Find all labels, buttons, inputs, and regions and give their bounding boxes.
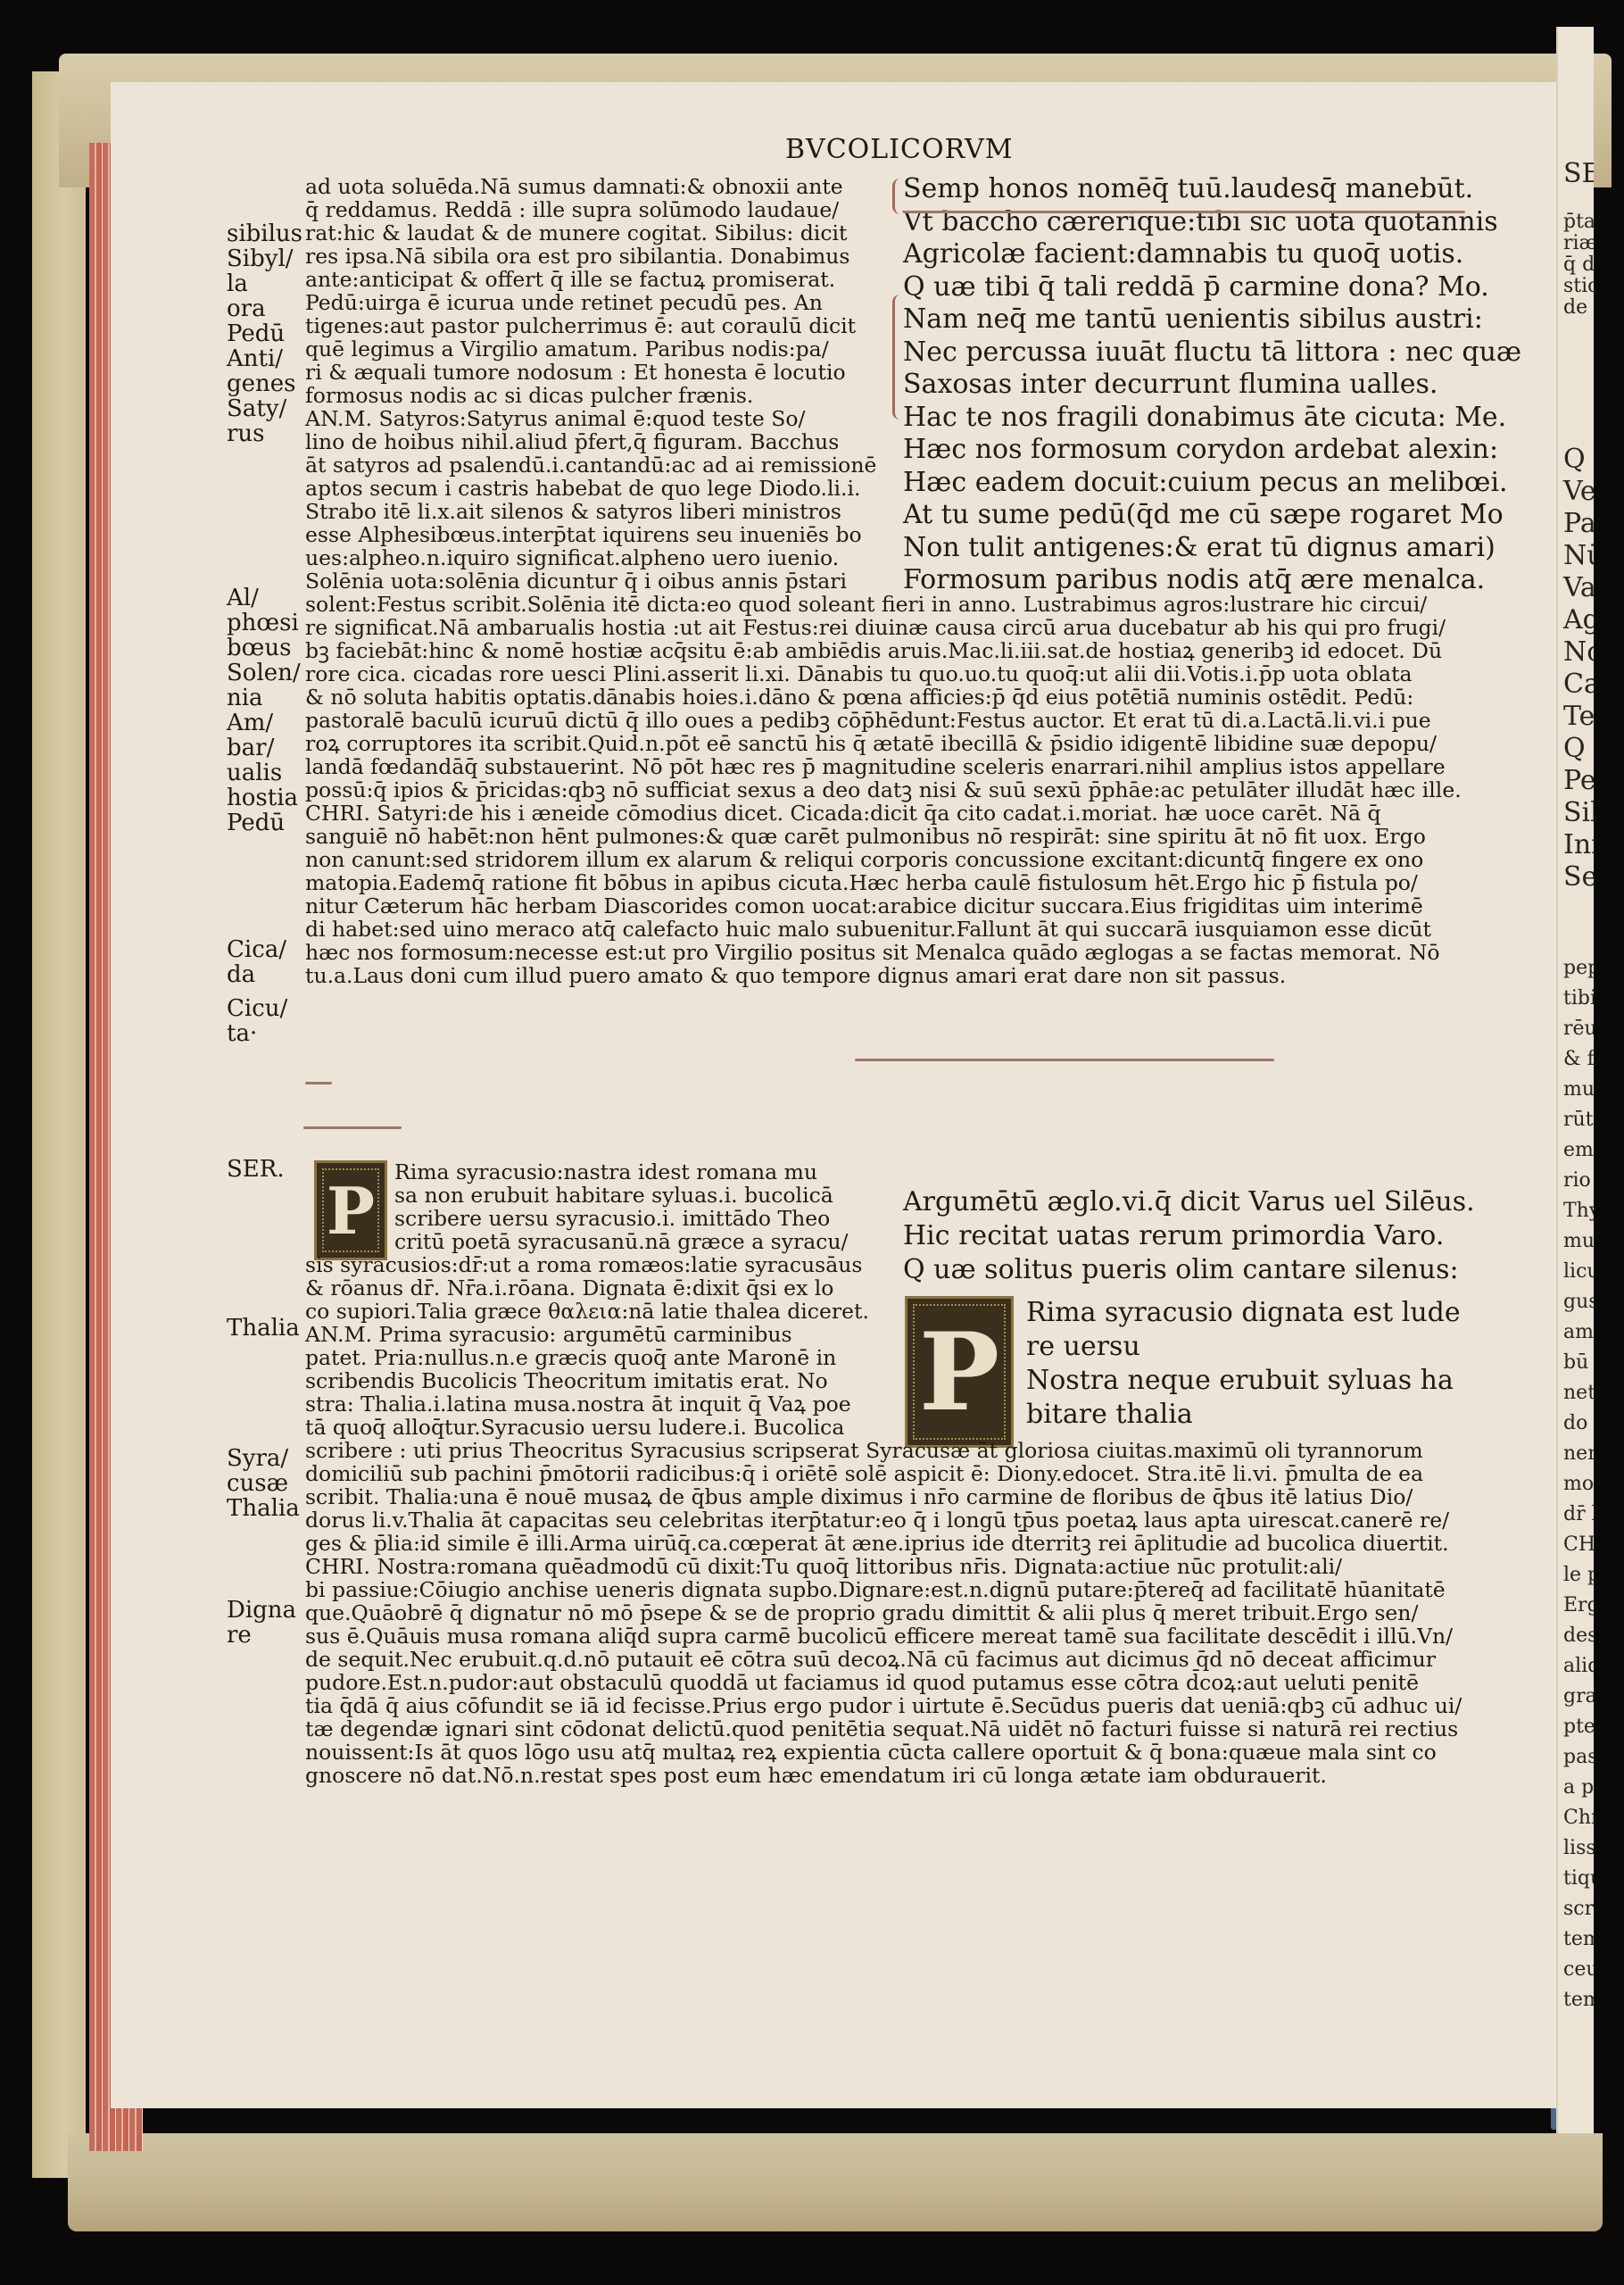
rubric-underline bbox=[903, 211, 1465, 213]
facing-page-text: tiquita bbox=[1563, 1869, 1594, 1889]
margin-notes-dignare: Dignare bbox=[227, 1598, 305, 1648]
margin-note: da bbox=[227, 962, 305, 987]
margin-notes-cicada: Cica/da bbox=[227, 937, 305, 987]
facing-page-text: Ve bbox=[1563, 478, 1594, 505]
margin-note: re bbox=[227, 1623, 305, 1648]
commentary-line: CHRI. Nostra:romana quēadmodū cū dixit:T… bbox=[305, 1555, 1474, 1578]
running-title: BVCOLICORVM bbox=[785, 134, 1013, 165]
facing-page-text: Agre bbox=[1563, 607, 1594, 634]
commentary-line: hæc nos formosum:necesse est:ut pro Virg… bbox=[305, 941, 1474, 964]
margin-note: sibilus bbox=[227, 221, 305, 246]
margin-note: Cica/ bbox=[227, 937, 305, 962]
verse-line: Rima syracusio dignata est lude bbox=[1026, 1296, 1490, 1330]
margin-note: Thalia bbox=[227, 1496, 305, 1521]
facing-page-text: Te ne bbox=[1563, 703, 1594, 730]
facing-page-text: Thy bbox=[1563, 1201, 1594, 1221]
commentary-line: esse Alphesibœus.interp̄tat iquirens seu… bbox=[305, 523, 885, 546]
facing-page-text: ceuero bbox=[1563, 1960, 1594, 1980]
facing-page-text: Pas bbox=[1563, 511, 1594, 537]
verse-line: Hic recitat uatas rerum primordia Varo. bbox=[903, 1219, 1492, 1253]
commentary-line: non canunt:sed stridorem illum ex alarum… bbox=[305, 848, 1474, 871]
facing-page-text: em bbox=[1563, 1141, 1594, 1160]
verse-line: Argumētū æglo.vi.q̄ dicit Varus uel Silē… bbox=[903, 1185, 1492, 1219]
verse-line: Nostra neque erubuit syluas ha bbox=[1026, 1364, 1490, 1398]
facing-page-text: Chron bbox=[1563, 1808, 1594, 1828]
facing-page-text: CH bbox=[1563, 1535, 1594, 1555]
verse-line: Nec percussa iuuāt fluctu tā littora : n… bbox=[903, 337, 1492, 370]
commentary-line: CHRI. Satyri:de his i æneide cōmodius di… bbox=[305, 802, 1474, 825]
verse-line: Nam neq̄ me tantū uenientis sibilus aust… bbox=[903, 303, 1492, 337]
facing-page-text: p̄ta on bbox=[1563, 212, 1594, 232]
commentary-line: domiciliū sub pachini p̄mōtorii radicibu… bbox=[305, 1462, 1474, 1485]
commentary-line: scribere : uti prius Theocritus Syracusi… bbox=[305, 1439, 1474, 1462]
facing-page-text: riæ co bbox=[1563, 234, 1594, 253]
commentary-line: landā fœdandāq̄ substauerint. Nō pōt hæc… bbox=[305, 755, 1474, 778]
commentary-mid-column: Rima syracusio:nastra idest romana musa … bbox=[305, 1160, 885, 1439]
commentary-line: patet. Pria:nullus.n.e græcis quoq̄ ante… bbox=[305, 1346, 885, 1369]
commentary-line: bꝫ faciebāt:hinc & nomē hostiæ acq̄situ … bbox=[305, 639, 1474, 662]
facing-page-text: aliqua bbox=[1563, 1657, 1594, 1676]
facing-page-text: Nūc bbox=[1563, 543, 1594, 569]
facing-page-text: Silen bbox=[1563, 800, 1594, 827]
facing-page-text: des.E bbox=[1563, 1626, 1594, 1646]
commentary-line: lino de hoibus nihil.aliud p̄fert,q̄ fig… bbox=[305, 430, 885, 453]
margin-notes-cicuta: Cicu/ta· bbox=[227, 996, 305, 1046]
commentary-line: q̄ reddamus. Reddā : ille supra solūmodo… bbox=[305, 198, 885, 221]
facing-page-text: pepe bbox=[1563, 959, 1594, 978]
commentary-line: tia q̄dā q̄ aius cōfundit se iā id fecis… bbox=[305, 1694, 1474, 1717]
facing-page-text: pter n bbox=[1563, 1717, 1594, 1737]
rubric-underline bbox=[303, 1126, 402, 1129]
margin-note: ta· bbox=[227, 1021, 305, 1046]
facing-page-text: Non bbox=[1563, 639, 1594, 666]
rubric-underline bbox=[305, 1082, 332, 1084]
margin-notes-ser: SER. bbox=[227, 1157, 305, 1182]
commentary-line: tæ degendæ ignari sint cōdonat delictū.q… bbox=[305, 1717, 1474, 1741]
facing-page-text: tem & bbox=[1563, 1930, 1594, 1949]
facing-page-text: tibi bbox=[1563, 989, 1594, 1009]
facing-page-text: Serta bbox=[1563, 864, 1594, 891]
margin-note: cusæ bbox=[227, 1471, 305, 1496]
commentary-line: āt satyros ad psalendū.i.cantandū:ac ad … bbox=[305, 453, 885, 477]
margin-note: Syra/ bbox=[227, 1446, 305, 1471]
commentary-line: AN.M. Prima syracusio: argumētū carminib… bbox=[305, 1323, 885, 1346]
commentary-line: scribendis Bucolicis Theocritum imitatis… bbox=[305, 1369, 885, 1392]
facing-page-text: gust bbox=[1563, 1292, 1594, 1312]
margin-note: Am/ bbox=[227, 710, 305, 735]
book-spine-edge bbox=[32, 71, 86, 2178]
facing-page-text: moru bbox=[1563, 1475, 1594, 1494]
facing-page-text: a pang bbox=[1563, 1778, 1594, 1798]
commentary-line: dorus li.v.Thalia āt capacitas seu celeb… bbox=[305, 1508, 1474, 1532]
commentary-line: AN.M. Satyros:Satyrus animal ē:quod test… bbox=[305, 407, 885, 430]
facing-page-edge: SERp̄ta onriæ coq̄ dedsticūde &QVePasNūc… bbox=[1556, 27, 1594, 2133]
commentary-line: critū poetā syracusanū.nā græce a syracu… bbox=[305, 1230, 885, 1253]
facing-page-text: do q bbox=[1563, 1414, 1594, 1433]
rubric-bracket bbox=[892, 295, 907, 420]
commentary-line: Strabo itē li.x.ait silenos & satyros li… bbox=[305, 500, 885, 523]
facing-page-text: Vare bbox=[1563, 575, 1594, 602]
margin-note: Thalia bbox=[227, 1316, 305, 1341]
facing-page-text: & f bbox=[1563, 1050, 1594, 1069]
margin-note: Solen/ bbox=[227, 661, 305, 685]
margin-notes-sibilus: sibilusSibyl/laoraPedūAnti/genesSaty/rus bbox=[227, 221, 305, 446]
commentary-line: quē legimus a Virgilio amatum. Paribus n… bbox=[305, 337, 885, 361]
verse-line: Hæc nos formosum corydon ardebat alexin: bbox=[903, 434, 1492, 467]
facing-page-text: Ergo bbox=[1563, 1596, 1594, 1616]
rubric-underline bbox=[855, 1059, 1274, 1061]
commentary-line: co supiori.Talia græce θαλεια:nā latie t… bbox=[305, 1300, 885, 1323]
margin-note: Sibyl/ bbox=[227, 246, 305, 271]
commentary-wide-block-2: scribere : uti prius Theocritus Syracusi… bbox=[305, 1439, 1474, 1787]
commentary-line: de sequit.Nec erubuit.q.d.nō putauit eē … bbox=[305, 1648, 1474, 1671]
facing-page-text: licu bbox=[1563, 1262, 1594, 1282]
commentary-line: Solēnia uota:solēnia dicuntur q̄ i oibus… bbox=[305, 569, 885, 593]
facing-page-text: q̄ ded bbox=[1563, 255, 1594, 275]
margin-note: Anti/ bbox=[227, 346, 305, 371]
commentary-line: tu.a.Laus doni cum illud puero amato & q… bbox=[305, 964, 1474, 987]
commentary-line: re significat.Nā ambarualis hostia :ut a… bbox=[305, 616, 1474, 639]
facing-page-text: lissimo bbox=[1563, 1839, 1594, 1858]
verse-line: Saxosas inter decurrunt flumina ualles. bbox=[903, 369, 1492, 402]
facing-page-text: grana bbox=[1563, 1687, 1594, 1707]
commentary-line: ges & p̄lia:id simile ē illi.Arma uirūq̄… bbox=[305, 1532, 1474, 1555]
decorated-initial-p-verse: P bbox=[905, 1296, 1014, 1448]
margin-note: genes bbox=[227, 371, 305, 396]
facing-page-text: de & bbox=[1563, 298, 1594, 318]
commentary-line: & nō soluta habitis optatis.dānabis hoie… bbox=[305, 685, 1474, 709]
commentary-line: que.Quāobrē q̄ dignatur nō mō p̄sepe & s… bbox=[305, 1601, 1474, 1624]
margin-note: Pedū bbox=[227, 321, 305, 346]
commentary-line: formosus nodis ac si dicas pulcher fræni… bbox=[305, 384, 885, 407]
verse-line: Hæc eadem docuit:cuium pecus an melibœi. bbox=[903, 467, 1492, 500]
verse-line: Q uæ solitus pueris olim cantare silenus… bbox=[903, 1253, 1492, 1287]
commentary-line: nouissent:Is āt quos lōgo usu atq̄ multa… bbox=[305, 1741, 1474, 1764]
facing-page-text: sticū bbox=[1563, 277, 1594, 296]
margin-note: Digna bbox=[227, 1598, 305, 1623]
verse-column-top: Semp honos nomēq̄ tuū.laudesq̄ manebūt.V… bbox=[903, 173, 1492, 597]
commentary-line: sanguiē nō habēt:non hēnt pulmones:& quæ… bbox=[305, 825, 1474, 848]
margin-note: SER. bbox=[227, 1157, 305, 1182]
margin-note: bœus bbox=[227, 636, 305, 661]
commentary-line: tigenes:aut pastor pulcherrimus ē: aut c… bbox=[305, 314, 885, 337]
commentary-line: & rōanus dr̄. Nr̄a.i.rōana. Dignata ē:di… bbox=[305, 1276, 885, 1300]
commentary-line: res ipsa.Nā sibila ora est pro sibilanti… bbox=[305, 245, 885, 268]
commentary-line: gnoscere nō dat.Nō.n.restat spes post eu… bbox=[305, 1764, 1474, 1787]
commentary-line: stra: Thalia.i.latina musa.nostra āt inq… bbox=[305, 1392, 885, 1416]
facing-page-text: Capt bbox=[1563, 671, 1594, 698]
facing-page-text: net: bbox=[1563, 1383, 1594, 1403]
margin-note: Saty/ bbox=[227, 396, 305, 421]
verse-line: At tu sume pedū(q̄d me cū sæpe rogaret M… bbox=[903, 499, 1492, 532]
margin-notes-syracusae: Syra/cusæThalia bbox=[227, 1446, 305, 1521]
commentary-line: rat:hic & laudat & de munere cogitat. Si… bbox=[305, 221, 885, 245]
commentary-line: ri & æquali tumore nodosum : Et honesta … bbox=[305, 361, 885, 384]
margin-note: hostia bbox=[227, 785, 305, 810]
margin-note: rus bbox=[227, 421, 305, 446]
commentary-line: bi passiue:Cōiugio anchise ueneris digna… bbox=[305, 1578, 1474, 1601]
commentary-line: di habet:sed uino meraco atq̄ calefacto … bbox=[305, 918, 1474, 941]
facing-page-text: Infla bbox=[1563, 832, 1594, 859]
verse-line: Q uæ tibi q̄ tali reddā p̄ carmine dona?… bbox=[903, 271, 1492, 304]
verse-line: bitare thalia bbox=[1026, 1398, 1490, 1432]
commentary-line: ante:anticipat & offert q̄ ille se factu… bbox=[305, 268, 885, 291]
margin-note: Cicu/ bbox=[227, 996, 305, 1021]
commentary-line: tā quoq̄ alloq̄tur.Syracusio uersu luder… bbox=[305, 1416, 885, 1439]
verse-line: re uersu bbox=[1026, 1330, 1490, 1364]
facing-page-text: tem & bbox=[1563, 1990, 1594, 2010]
commentary-line: ues:alpheo.n.iquiro significat.alpheno u… bbox=[305, 546, 885, 569]
commentary-line: nitur Cæterum hāc herbam Diascorides com… bbox=[305, 894, 1474, 918]
commentary-line: aptos secum i castris habebat de quo leg… bbox=[305, 477, 885, 500]
commentary-line: sus ē.Quāuis musa romana aliq̄d supra ca… bbox=[305, 1624, 1474, 1648]
facing-page-text: rūt bbox=[1563, 1110, 1594, 1130]
margin-note: ora bbox=[227, 296, 305, 321]
margin-note: phœsi bbox=[227, 611, 305, 636]
margin-note: Pedū bbox=[227, 810, 305, 835]
margin-notes-alphesiboeus: Al/phœsibœusSolen/niaAm/bar/ualishostiaP… bbox=[227, 586, 305, 835]
facing-page-text: pastor bbox=[1563, 1748, 1594, 1767]
verse-line: Semp honos nomēq̄ tuū.laudesq̄ manebūt. bbox=[903, 173, 1492, 206]
margin-note: la bbox=[227, 271, 305, 296]
facing-page-text: mu bbox=[1563, 1080, 1594, 1100]
facing-page-text: Q bbox=[1563, 446, 1586, 473]
commentary-line: matopia.Eademq̄ ratione fit bōbus in api… bbox=[305, 871, 1474, 894]
facing-page-text: Q ua bbox=[1563, 735, 1594, 762]
commentary-line: scribit. Thalia:una ē nouē musaꝝ de q̄bu… bbox=[305, 1485, 1474, 1508]
margin-note: bar/ bbox=[227, 735, 305, 760]
commentary-line: Rima syracusio:nastra idest romana mu bbox=[305, 1160, 885, 1184]
margin-note: nia bbox=[227, 685, 305, 710]
commentary-line: pudore.Est.n.pudor:aut obstaculū quoddā … bbox=[305, 1671, 1474, 1694]
facing-page-text: mus bbox=[1563, 1232, 1594, 1251]
commentary-line: pastoralē baculū icuruū dictū q̄ illo ou… bbox=[305, 709, 1474, 732]
facing-page-text: nere bbox=[1563, 1444, 1594, 1464]
verse-line: Non tulit antigenes:& erat tū dignus ama… bbox=[903, 532, 1492, 565]
facing-page-text: le pro bbox=[1563, 1566, 1594, 1585]
commentary-line: roꝝ corruptores ita scribit.Quid.n.pōt e… bbox=[305, 732, 1474, 755]
margin-notes-thalia: Thalia bbox=[227, 1316, 305, 1341]
commentary-line: Pedū:uirga ē icurua unde retinet pecudū … bbox=[305, 291, 885, 314]
facing-page-text: amo bbox=[1563, 1323, 1594, 1342]
commentary-line: sa non erubuit habitare syluas.i. bucoli… bbox=[305, 1184, 885, 1207]
facing-page-text: Perg bbox=[1563, 768, 1594, 794]
facing-page-text: dr̄ ba bbox=[1563, 1505, 1594, 1525]
commentary-line: rore cica. cicadas rore uesci Plini.asse… bbox=[305, 662, 1474, 685]
commentary-line: possū:q̄ ipios & p̄ricidas:qbꝫ nō suffic… bbox=[305, 778, 1474, 802]
margin-note: ualis bbox=[227, 760, 305, 785]
eclogue-6-opening-verses: Rima syracusio dignata est ludere uersuN… bbox=[1026, 1296, 1490, 1432]
eclogue-6-argument: Argumētū æglo.vi.q̄ dicit Varus uel Silē… bbox=[903, 1185, 1492, 1287]
commentary-line: sis syracusios:dr̄:ut a roma romæos:lati… bbox=[305, 1253, 885, 1276]
margin-note: Al/ bbox=[227, 586, 305, 611]
commentary-line: ad uota soluēda.Nā sumus damnati:& obnox… bbox=[305, 175, 885, 198]
facing-page-text: SER bbox=[1563, 161, 1594, 187]
facing-page-text: rēu bbox=[1563, 1019, 1594, 1039]
commentary-line: solent:Festus scribit.Solēnia itē dicta:… bbox=[305, 593, 1474, 616]
book-cover-bottom-edge bbox=[68, 2133, 1603, 2231]
commentary-wide-block-1: solent:Festus scribit.Solēnia itē dicta:… bbox=[305, 593, 1474, 987]
commentary-top-column: ad uota soluēda.Nā sumus damnati:& obnox… bbox=[305, 175, 885, 593]
rubric-bracket bbox=[892, 179, 907, 214]
facing-page-text: bū ā bbox=[1563, 1353, 1594, 1373]
facing-page-text: rio bbox=[1563, 1171, 1591, 1191]
commentary-line: scribere uersu syracusio.i. imittādo The… bbox=[305, 1207, 885, 1230]
verse-line: Hac te nos fragili donabimus āte cicuta:… bbox=[903, 402, 1492, 435]
facing-page-text: scripto bbox=[1563, 1899, 1594, 1919]
verse-line: Agricolæ facient:damnabis tu quoq̄ uotis… bbox=[903, 238, 1492, 271]
